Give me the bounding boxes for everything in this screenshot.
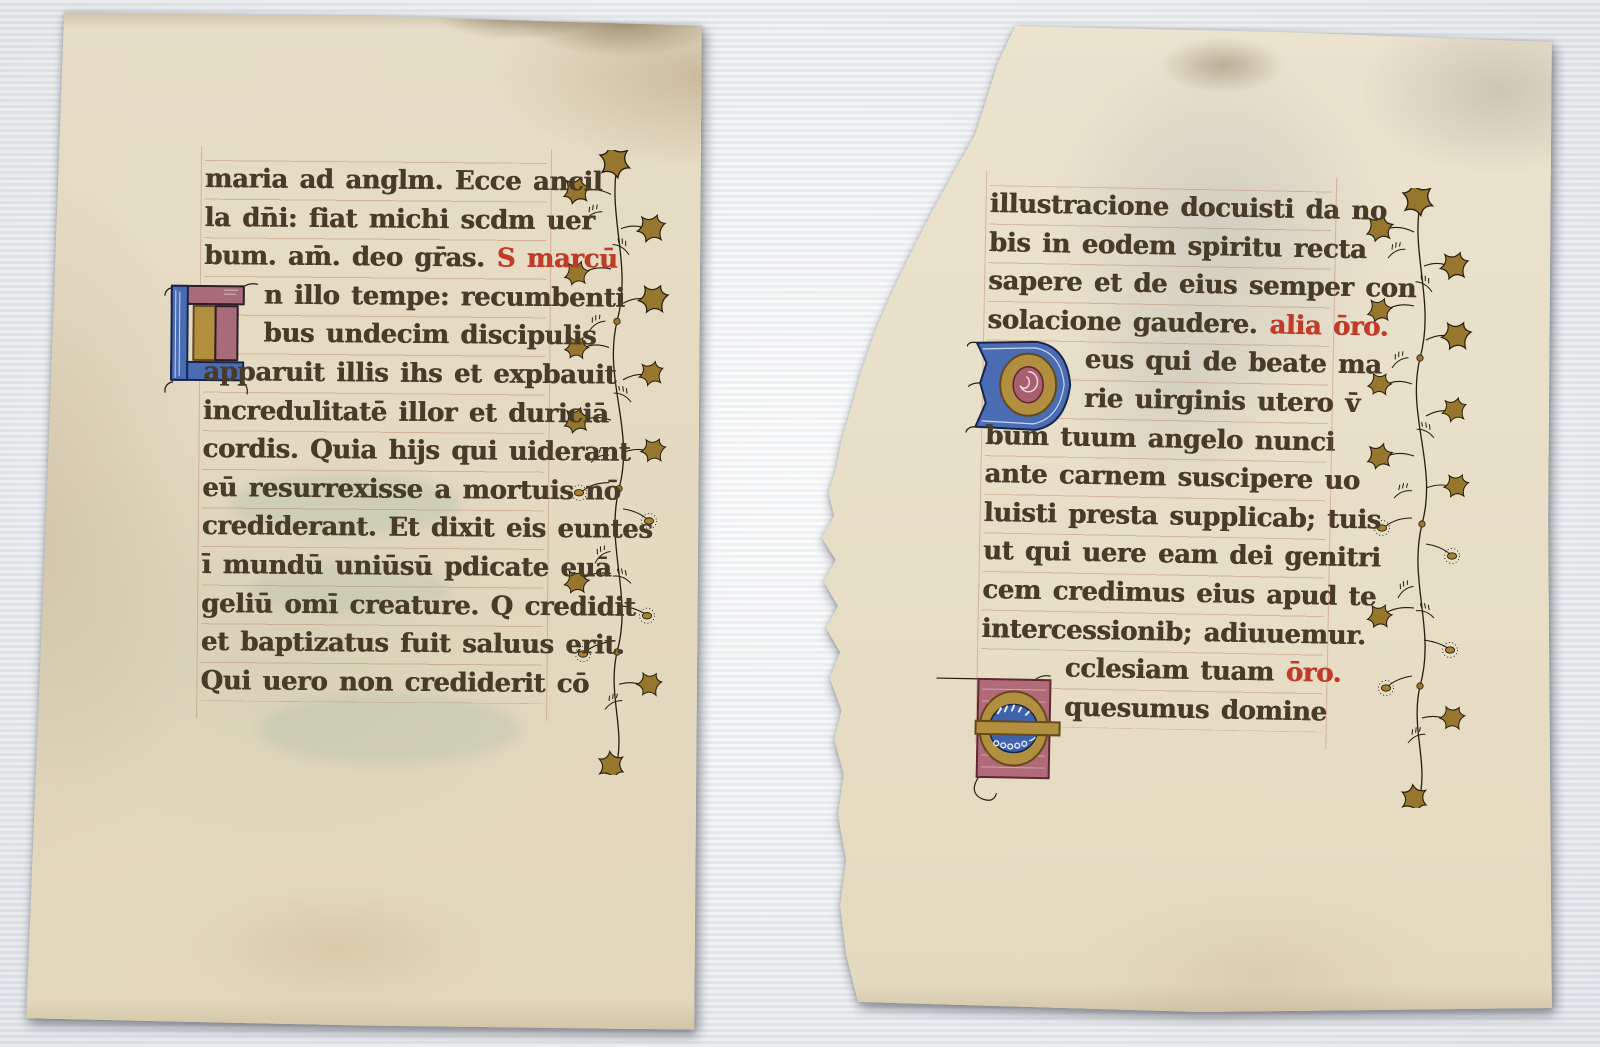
latin-text: n illo tempe: recumbenti: [264, 280, 625, 313]
rubric-text: ōro.: [1285, 658, 1341, 689]
manuscript-text-line: apparuit illis ihs et expbauit: [203, 353, 545, 395]
latin-text: cordis. Quia hijs qui uiderant: [202, 434, 630, 468]
manuscript-text-line: bum tuum angelo nunci: [985, 417, 1328, 462]
latin-text: la dn̄i: fiat michi scdm uer: [204, 203, 594, 236]
latin-text: sapere et de eius semper con: [988, 266, 1416, 304]
manuscript-leaf-left: maria ad anglm. Ecce ancilla dn̄i: fiat …: [20, 4, 710, 1040]
rubric-text: alia ōro.: [1269, 310, 1388, 342]
vellum-page-left: maria ad anglm. Ecce ancilla dn̄i: fiat …: [20, 4, 710, 1040]
latin-text: Qui uero non crediderit cō: [200, 666, 589, 699]
latin-text: bum. am̄. deo gr̄as.: [204, 241, 485, 273]
latin-text: maria ad anglm. Ecce ancil: [205, 164, 603, 197]
latin-text: solacione gaudere.: [987, 305, 1258, 340]
manuscript-leaf-right: illustracione docuisti da nobis in eodem…: [815, 10, 1557, 1015]
manuscript-text-line: quesumus domine: [980, 687, 1323, 732]
latin-text: incredulitatē illor et duriciā: [203, 396, 609, 430]
left-leaf-text-block: maria ad anglm. Ecce ancilla dn̄i: fiat …: [200, 160, 547, 704]
manuscript-text-line: rie uirginis utero v̄: [986, 378, 1329, 423]
manuscript-text-line: bis in eodem spiritu recta: [989, 224, 1332, 269]
latin-text: intercessionib; adiuuemur.: [981, 613, 1366, 650]
manuscript-text-line: cordis. Quia hijs qui uiderant: [202, 430, 544, 472]
manuscript-text-line: et baptizatus fuit saluus erit.: [201, 623, 543, 665]
latin-text: crediderant. Et dixit eis euntes: [202, 511, 653, 545]
latin-text: bis in eodem spiritu recta: [989, 228, 1367, 265]
latin-text: et baptizatus fuit saluus erit.: [201, 627, 625, 661]
latin-text: illustracione docuisti da no: [989, 189, 1387, 227]
manuscript-text-line: bus undecim discipulis: [203, 314, 545, 356]
manuscript-text-line: intercessionib; adiuuemur.: [981, 609, 1324, 654]
manuscript-text-line: la dn̄i: fiat michi scdm uer: [204, 199, 546, 241]
manuscript-text-line: bum. am̄. deo gr̄as.S marcū: [204, 237, 546, 279]
latin-text: rie uirginis utero v̄: [1084, 384, 1360, 419]
latin-text: eus qui de beate ma: [1084, 345, 1381, 381]
latin-text: cclesiam tuam: [1064, 654, 1274, 688]
manuscript-text-line: ut qui uere eam dei genitri: [983, 532, 1326, 577]
manuscript-text-line: crediderant. Et dixit eis euntes: [202, 507, 544, 549]
manuscript-text-line: eū resurrexisse a mortuis nō: [202, 469, 544, 511]
rubric-text: S marcū: [497, 244, 618, 275]
manuscript-text-line: ī mundū uniūsū pdicate euā: [201, 546, 543, 588]
manuscript-text-line: incredulitatē illor et duriciā: [203, 392, 545, 434]
manuscript-text-line: luisti presta supplicab; tuis: [983, 494, 1326, 539]
latin-text: ante carnem suscipere uo: [984, 459, 1360, 496]
manuscript-text-line: cem credimus eius apud te: [982, 571, 1325, 616]
photo-backdrop: maria ad anglm. Ecce ancilla dn̄i: fiat …: [0, 0, 1600, 1047]
latin-text: ut qui uere eam dei genitri: [983, 536, 1381, 574]
manuscript-text-line: illustracione docuisti da no: [989, 185, 1332, 230]
latin-text: luisti presta supplicab; tuis: [983, 498, 1381, 536]
latin-text: ī mundū uniūsū pdicate euā: [201, 550, 611, 584]
manuscript-text-line: maria ad anglm. Ecce ancil: [205, 160, 547, 202]
manuscript-text-line: Qui uero non crediderit cō: [200, 662, 542, 704]
manuscript-text-line: ante carnem suscipere uo: [984, 455, 1327, 500]
vellum-page-right: illustracione docuisti da nobis in eodem…: [815, 10, 1557, 1015]
latin-text: bus undecim discipulis: [263, 319, 596, 352]
manuscript-text-line: sapere et de eius semper con: [988, 262, 1331, 307]
latin-text: quesumus domine: [1064, 692, 1327, 727]
latin-text: bum tuum angelo nunci: [985, 421, 1335, 458]
latin-text: cem credimus eius apud te: [982, 575, 1376, 613]
latin-text: apparuit illis ihs et expbauit: [203, 357, 616, 391]
latin-text: eū resurrexisse a mortuis nō: [202, 473, 621, 507]
manuscript-text-line: geliū omī creature. Q credidit: [201, 585, 543, 627]
right-leaf-text-block: illustracione docuisti da nobis in eodem…: [980, 185, 1332, 732]
latin-text: geliū omī creature. Q credidit: [201, 589, 636, 623]
